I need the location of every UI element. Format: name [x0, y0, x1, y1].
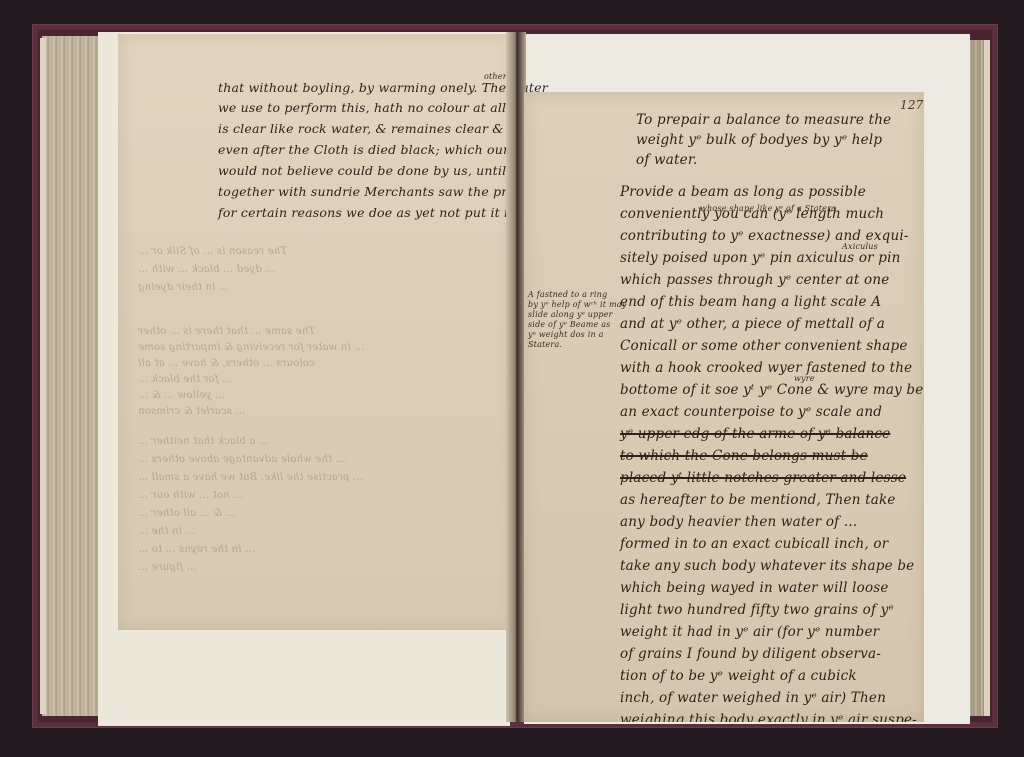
left-manuscript-page: The reason is ... of Silk or ... ... dye… [118, 34, 514, 630]
manuscript-line: take any such body whatever its shape be [620, 558, 914, 574]
manuscript-line: which being wayed in water will loose [620, 580, 889, 596]
manuscript-line: conveniently you can (yᵉ length much [620, 206, 884, 222]
manuscript-line: sitely poised upon yᵉ pin axiculus or pi… [620, 250, 901, 266]
manuscript-line: which passes through yᵉ center at one [620, 272, 889, 288]
page-heading-line: To prepair a balance to measure the [636, 112, 891, 128]
manuscript-line: as hereafter to be mentiond, Then take [620, 492, 896, 508]
bleedthrough-line: ... in the reyns ... to ... [138, 544, 255, 555]
bleedthrough-line: ... not ... with our ... [138, 490, 243, 501]
bleedthrough-line: The same ... that there is ... other [138, 326, 315, 337]
manuscript-line: and at yᵉ other, a piece of mettall of a [620, 316, 885, 332]
page-heading-line: weight yᵉ bulk of bodyes by yᵉ help [636, 132, 882, 148]
manuscript-line: Conicall or some other convenient shape [620, 338, 908, 354]
manuscript-line: tion of to be yᵉ weight of a cubick [620, 668, 857, 684]
bleedthrough-line: colours ... others, & have ... at all [138, 358, 315, 369]
struck-line: yᵉ upper edg of the arme of yᵉ balance [620, 426, 890, 442]
bleedthrough-line: ... practise the like. But we have a sma… [138, 472, 363, 483]
bleedthrough-line: ... in water for receiving & imparting s… [138, 342, 364, 353]
manuscript-line: light two hundred fifty two grains of yᵉ [620, 602, 894, 618]
manuscript-line: formed in to an exact cubicall inch, or [620, 536, 888, 552]
bleedthrough-line: ... yellow ... & ... [138, 390, 225, 401]
struck-line: to which the Cone belongs must be [620, 448, 868, 464]
manuscript-line: even after the Cloth is died black; whic… [218, 142, 551, 157]
manuscript-line: of grains I found by diligent observa- [620, 646, 881, 662]
margin-note-line: by yᵉ help of wᶜʰ it may [528, 300, 626, 310]
bleedthrough-line: ... figure ... [138, 562, 197, 573]
manuscript-line: Provide a beam as long as possible [620, 184, 866, 200]
bleedthrough-line: The reason is ... of Silk or ... [138, 246, 287, 257]
margin-note-line: A fastned to a ring [528, 290, 607, 300]
right-endpaper [984, 40, 990, 716]
left-endpaper [40, 38, 46, 714]
manuscript-line: that without boyling, by warming onely. … [218, 80, 548, 95]
bleedthrough-line: ... dyed ... black ... with ... [138, 264, 275, 275]
manuscript-line: end of this beam hang a light scale A [620, 294, 881, 310]
struck-line: placed yᵗ little notches greater and les… [620, 470, 906, 486]
bleedthrough-line: ... in the ... [138, 526, 195, 537]
bleedthrough-line: ... & ... all other ... [138, 508, 236, 519]
manuscript-line: weight it had in yᵉ air (for yᵉ number [620, 624, 879, 640]
manuscript-line: bottome of it soe yᵗ yᵉ Cone & wyre may … [620, 382, 923, 398]
left-page-edges [42, 36, 100, 716]
manuscript-line: any body heavier then water of ... [620, 514, 857, 530]
bleedthrough-line: ... in their dyeing [138, 282, 229, 293]
margin-note-line: slide along yᵉ upper [528, 310, 613, 320]
manuscript-line: inch, of water weighed in yᵉ air) Then [620, 690, 886, 706]
right-manuscript-page: 127 To prepair a balance to measure the … [524, 92, 924, 722]
bleedthrough-line: ... the whole advantage above others ... [138, 454, 346, 465]
margin-note-line: side of yᵉ Beame as [528, 320, 610, 330]
manuscript-line: with a hook crooked wyer fastened to the [620, 360, 912, 376]
manuscript-line: an exact counterpoise to yᵉ scale and [620, 404, 882, 420]
bleedthrough-line: ... for the black ... [138, 374, 232, 385]
page-number: 127 [900, 98, 924, 112]
book-gutter [506, 32, 526, 722]
page-heading-line: of water. [636, 152, 698, 168]
bleedthrough-line: ... a black that neither ... [138, 436, 269, 447]
bleedthrough-line: ... scarlet & crimson [138, 406, 245, 417]
margin-note-line: yᵉ weight dos in a [528, 330, 604, 340]
margin-note-line: Statera. [528, 340, 562, 350]
